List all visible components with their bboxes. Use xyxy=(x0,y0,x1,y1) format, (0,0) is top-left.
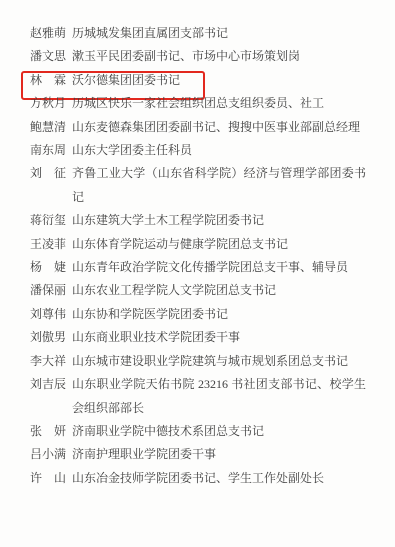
list-entry: 刘 征 齐鲁工业大学（山东省科学院）经济与管理学部团委书记 xyxy=(30,162,370,209)
entry-name: 赵雅萌 xyxy=(30,22,67,45)
entry-name: 刘傲男 xyxy=(30,326,67,349)
entry-position: 山东麦德森集团团委副书记、搜搜中医事业部副总经理 xyxy=(72,116,366,139)
entry-name: 蒋衍玺 xyxy=(30,209,67,232)
entry-position: 山东体育学院运动与健康学院团总支书记 xyxy=(72,233,366,256)
entries-list: 赵雅萌 历城城发集团直属团支部书记 潘文思 漱玉平民团委副书记、市场中心市场策划… xyxy=(30,22,370,490)
entry-position: 山东城市建设职业学院建筑与城市规划系团总支书记 xyxy=(72,350,366,373)
entry-position: 济南职业学院中德技术系团总支书记 xyxy=(72,420,366,443)
list-entry: 张 妍 济南职业学院中德技术系团总支书记 xyxy=(30,420,370,443)
entry-position: 沃尔德集团团委书记 xyxy=(72,69,366,92)
entry-position: 山东农业工程学院人文学院团总支书记 xyxy=(72,279,366,302)
list-entry: 刘吉辰 山东职业学院天佑书院 23216 书社团支部书记、校学生会组织部部长 xyxy=(30,373,370,420)
list-entry: 蒋衍玺 山东建筑大学土木工程学院团委书记 xyxy=(30,209,370,232)
entry-name: 王凌菲 xyxy=(30,233,67,256)
entry-position: 山东商业职业技术学院团委干事 xyxy=(72,326,366,349)
entry-name: 南东周 xyxy=(30,139,67,162)
list-entry: 杨 婕 山东青年政治学院文化传播学院团总支干事、辅导员 xyxy=(30,256,370,279)
list-entry: 刘尊伟 山东协和学院医学院团委书记 xyxy=(30,303,370,326)
entry-position: 山东建筑大学土木工程学院团委书记 xyxy=(72,209,366,232)
document-page: 赵雅萌 历城城发集团直属团支部书记 潘文思 漱玉平民团委副书记、市场中心市场策划… xyxy=(0,0,395,547)
entry-position: 山东青年政治学院文化传播学院团总支干事、辅导员 xyxy=(72,256,366,279)
list-entry: 潘保丽 山东农业工程学院人文学院团总支书记 xyxy=(30,279,370,302)
entry-position: 济南护理职业学院团委干事 xyxy=(72,443,366,466)
list-entry: 潘文思 漱玉平民团委副书记、市场中心市场策划岗 xyxy=(30,45,370,68)
entry-name: 张 妍 xyxy=(30,420,67,443)
entry-position: 山东冶金技师学院团委书记、学生工作处副处长 xyxy=(72,467,366,490)
entry-position: 历城区快乐一家社会组织团总支组织委员、社工 xyxy=(72,92,366,115)
list-entry: 赵雅萌 历城城发集团直属团支部书记 xyxy=(30,22,370,45)
entry-name: 刘尊伟 xyxy=(30,303,67,326)
list-entry: 鲍慧清 山东麦德森集团团委副书记、搜搜中医事业部副总经理 xyxy=(30,116,370,139)
entry-name: 潘文思 xyxy=(30,45,67,68)
entry-name: 林 霖 xyxy=(30,69,67,92)
list-entry: 南东周 山东大学团委主任科员 xyxy=(30,139,370,162)
entry-name: 方秋月 xyxy=(30,92,67,115)
entry-position: 山东协和学院医学院团委书记 xyxy=(72,303,366,326)
entry-name: 刘 征 xyxy=(30,162,67,185)
list-entry: 李大祥 山东城市建设职业学院建筑与城市规划系团总支书记 xyxy=(30,350,370,373)
entry-position: 齐鲁工业大学（山东省科学院）经济与管理学部团委书记 xyxy=(72,162,366,209)
entry-name: 吕小满 xyxy=(30,443,67,466)
list-entry: 林 霖 沃尔德集团团委书记 xyxy=(30,69,370,92)
entry-name: 李大祥 xyxy=(30,350,67,373)
entry-name: 许 山 xyxy=(30,467,67,490)
entry-position: 历城城发集团直属团支部书记 xyxy=(72,22,366,45)
list-entry: 许 山 山东冶金技师学院团委书记、学生工作处副处长 xyxy=(30,467,370,490)
entry-name: 杨 婕 xyxy=(30,256,67,279)
entry-position: 山东职业学院天佑书院 23216 书社团支部书记、校学生会组织部部长 xyxy=(72,373,366,420)
list-entry: 方秋月 历城区快乐一家社会组织团总支组织委员、社工 xyxy=(30,92,370,115)
list-entry: 王凌菲 山东体育学院运动与健康学院团总支书记 xyxy=(30,233,370,256)
entry-position: 山东大学团委主任科员 xyxy=(72,139,366,162)
entry-name: 鲍慧清 xyxy=(30,116,67,139)
entry-name: 潘保丽 xyxy=(30,279,67,302)
entry-position: 漱玉平民团委副书记、市场中心市场策划岗 xyxy=(72,45,366,68)
list-entry: 吕小满 济南护理职业学院团委干事 xyxy=(30,443,370,466)
entry-name: 刘吉辰 xyxy=(30,373,67,396)
list-entry: 刘傲男 山东商业职业技术学院团委干事 xyxy=(30,326,370,349)
